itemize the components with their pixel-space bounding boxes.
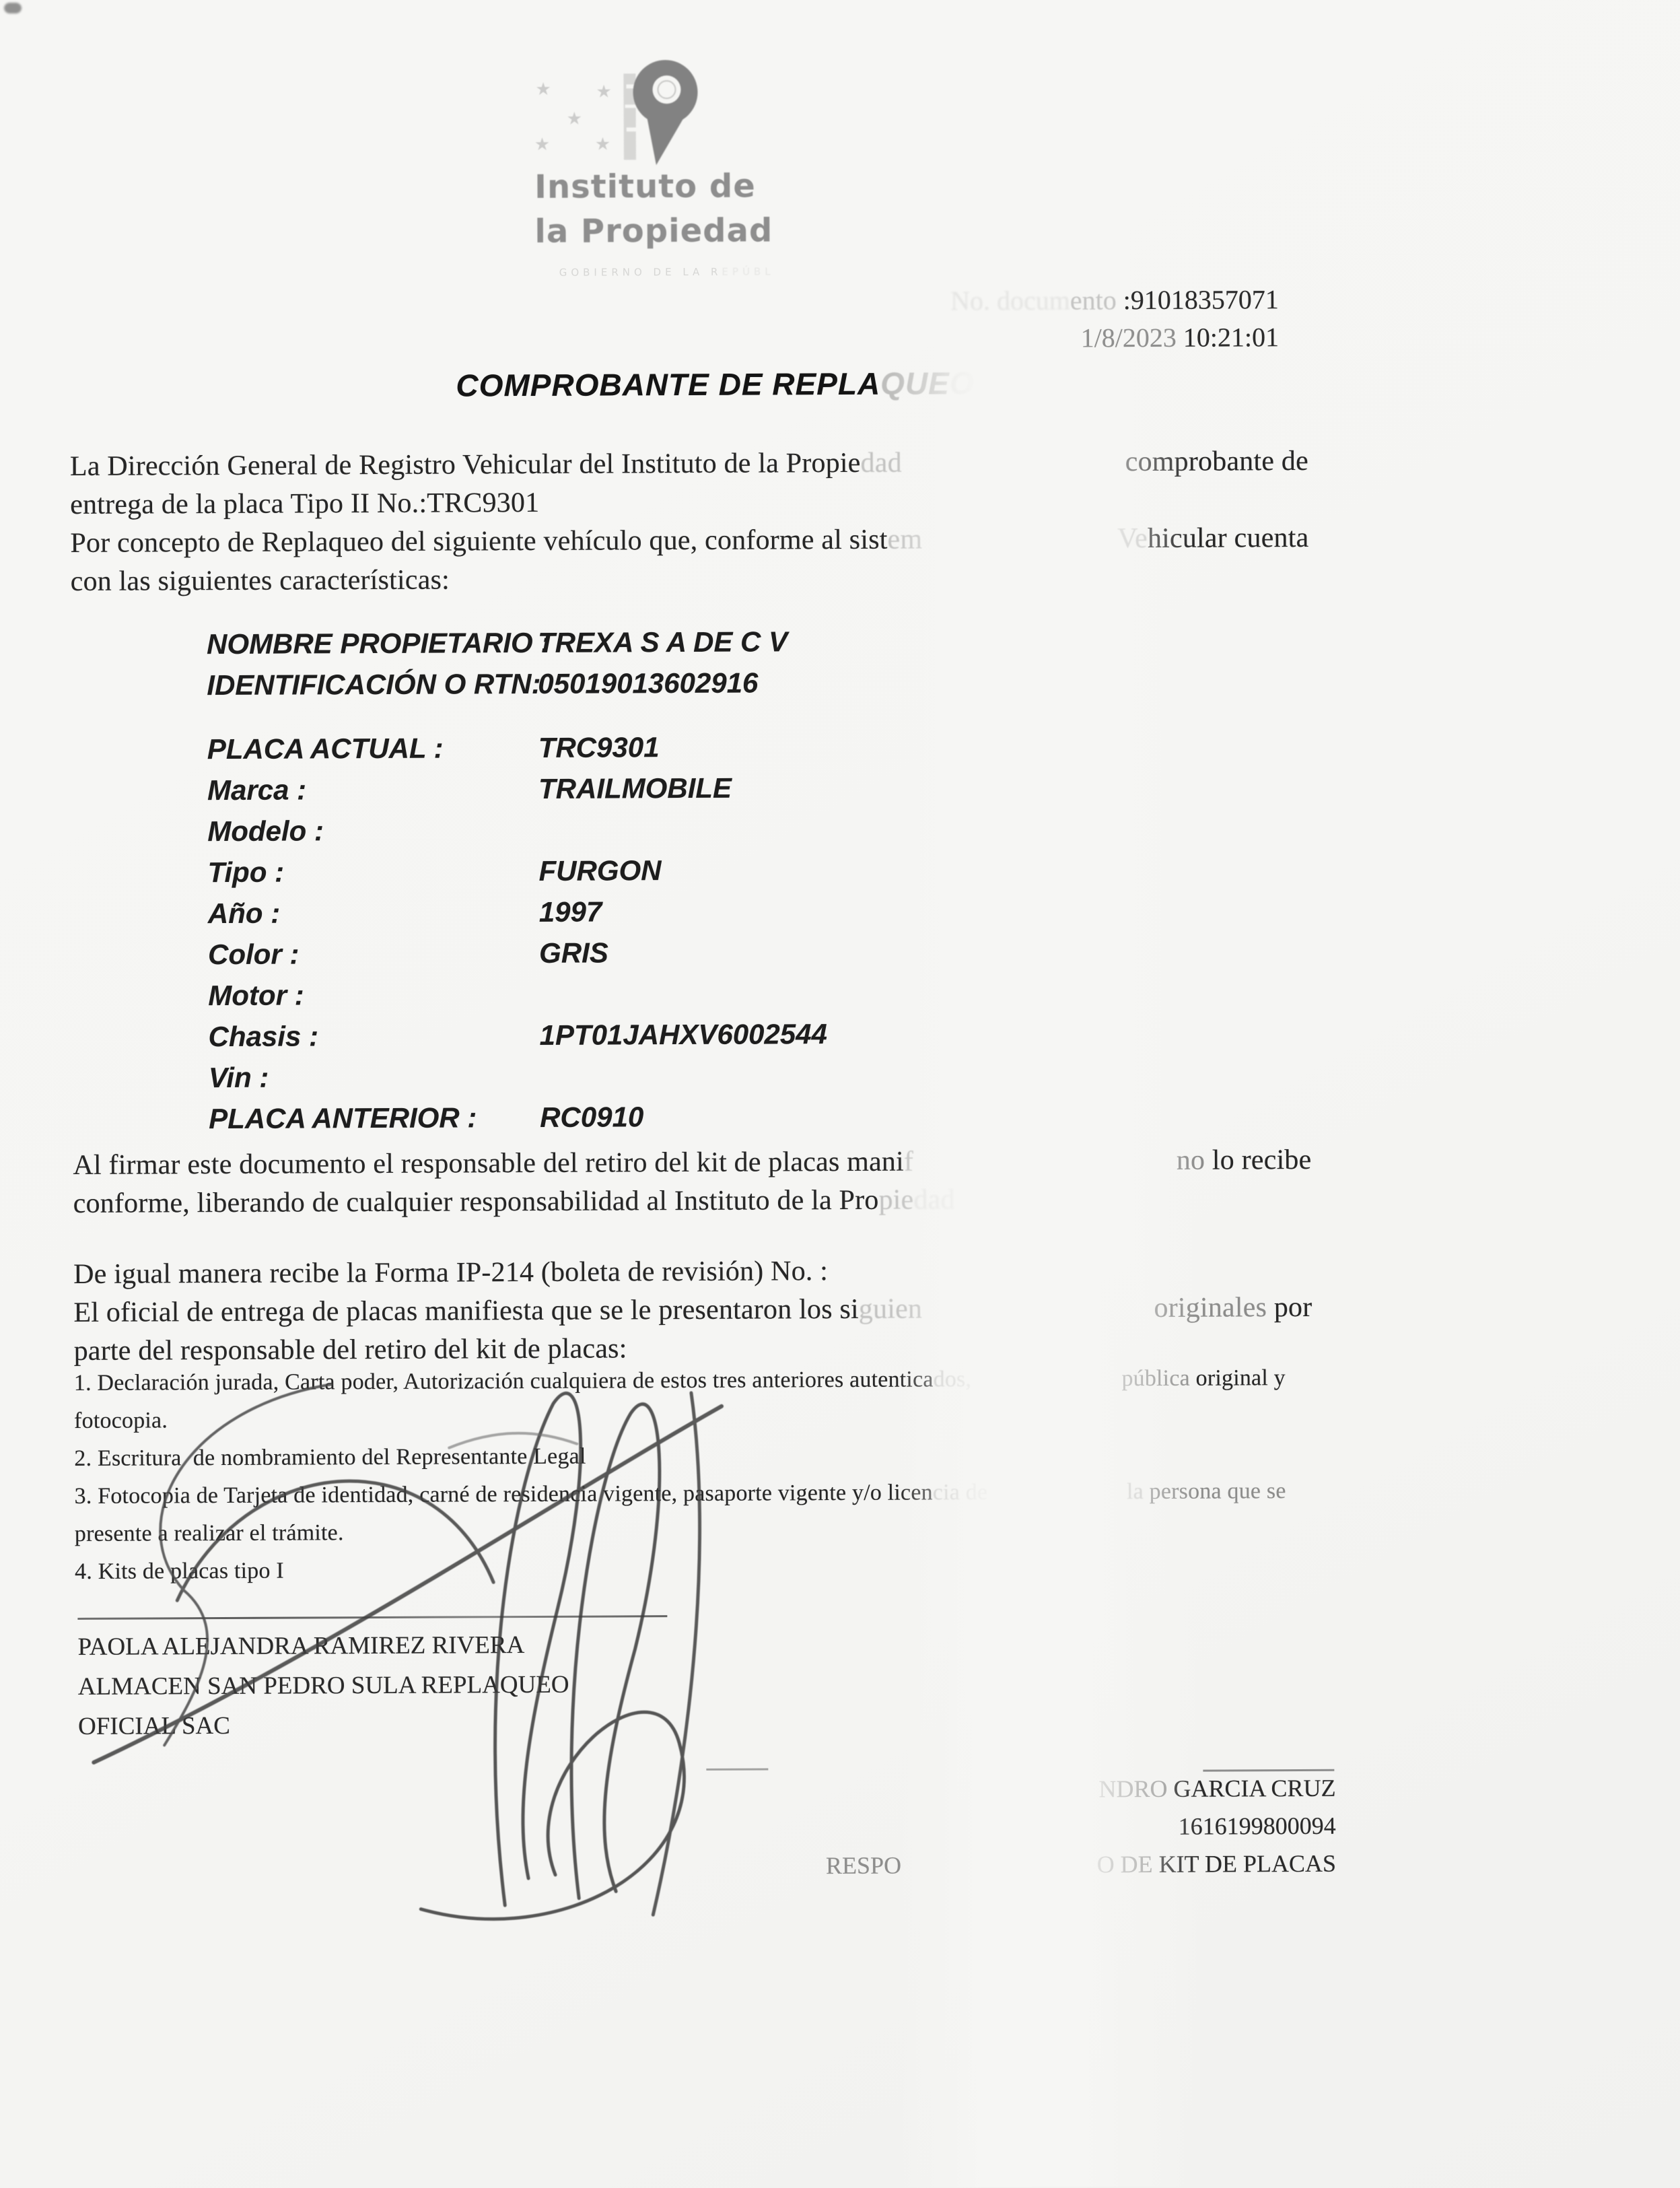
text-run: cia de [933, 1474, 988, 1511]
right-signatory-id: 1616199800094 [777, 1812, 1336, 1852]
field-label: Marca : [207, 772, 538, 806]
text-run: GOBIERNO DE LA R [559, 266, 722, 279]
text-run: f [904, 1143, 913, 1182]
logo-star-icon: ★ [596, 81, 611, 102]
document-datetime: 1/8/2023 10:21:01 [939, 318, 1279, 357]
field-value: TRAILMOBILE [538, 772, 732, 805]
right-signatory-id-number: 1616199800094 [1179, 1812, 1336, 1841]
field-row: PLACA ACTUAL :TRC9301 [207, 726, 827, 770]
text-run: dos, [934, 1361, 972, 1398]
text-run: 10:21:01 [1177, 318, 1279, 357]
text-run: original y [1195, 1359, 1286, 1398]
field-label: PLACA ANTERIOR : [209, 1101, 540, 1134]
map-pin-p-logo-icon [623, 57, 698, 169]
signature-dash-mark [1203, 1769, 1334, 1772]
field-row: NOMBRE PROPIETARIO :TREXA S A DE C V [207, 621, 826, 664]
field-row: Tipo :FURGON [207, 849, 827, 893]
faded-gap [913, 1169, 1177, 1171]
field-label: Modelo : [207, 813, 538, 847]
scanned-document-page: ★ ★ ★ ★ ★ Instituto de la Propiedad GOBI… [0, 0, 1680, 2188]
paragraph-line: conforme, liberando de cualquier respons… [73, 1180, 1312, 1223]
field-label: Chasis : [209, 1019, 540, 1052]
text-run: originales [1154, 1289, 1274, 1328]
paragraph-line: Al firmar este documento el responsable … [73, 1141, 1311, 1185]
field-label: NOMBRE PROPIETARIO : [207, 626, 538, 660]
faded-gap [922, 1317, 1154, 1318]
field-row: PLACA ANTERIOR :RC0910 [209, 1095, 828, 1139]
text-run: ento [1070, 281, 1123, 319]
text-run: la [1127, 1473, 1150, 1511]
paragraph-line: Por concepto de Replaqueo del siguiente … [70, 519, 1308, 563]
field-row: Marca :TRAILMOBILE [207, 767, 827, 811]
text-run: KIT DE PLACAS [1159, 1849, 1337, 1878]
field-row: Año :1997 [208, 890, 827, 934]
text-run: RESPO [826, 1851, 901, 1880]
text-run: De igual manera recibe la Forma IP-214 (… [73, 1252, 828, 1294]
document-number: No. documento :91018357071 [939, 281, 1279, 320]
paragraph-line: De igual manera recibe la Forma IP-214 (… [73, 1250, 1312, 1294]
field-label: Tipo : [207, 854, 538, 888]
field-value: TREXA S A DE C V [538, 625, 788, 659]
paragraph-line: La Dirección General de Registro Vehicul… [70, 442, 1308, 486]
logo-star-icon: ★ [595, 134, 610, 154]
delivery-paragraph: De igual manera recibe la Forma IP-214 (… [73, 1250, 1312, 1371]
field-row: Chasis :1PT01JAHXV6002544 [208, 1013, 827, 1057]
text-run: no [1177, 1142, 1212, 1180]
faded-gap [922, 547, 1117, 548]
text-run: entrega de la placa Tipo II No.:TRC9301 [70, 484, 539, 524]
field-label: Año : [208, 895, 539, 929]
right-signatory-block: NDRO GARCIA CRUZ 1616199800094 RESPOO DE… [777, 1774, 1336, 1890]
text-run: :91018357071 [1123, 281, 1279, 319]
field-value: 05019013602916 [538, 666, 758, 699]
text-run: dad [860, 444, 901, 483]
text-run: dad [913, 1181, 954, 1219]
text-run: 1/8/2023 [1081, 319, 1177, 357]
field-value: FURGON [538, 854, 661, 887]
logo-text-line1: Instituto de [534, 168, 756, 206]
text-run: NDRO [1098, 1775, 1173, 1803]
text-run: La Dirección General de Registro Vehicul… [70, 444, 861, 486]
faded-gap [902, 471, 1125, 471]
field-value: GRIS [539, 936, 608, 969]
faded-gap [901, 1872, 1097, 1873]
faded-gap [971, 1386, 1121, 1386]
text-run: em [887, 520, 922, 559]
field-label: PLACA ACTUAL : [207, 731, 538, 765]
text-run: lo recibe [1212, 1141, 1312, 1180]
document-meta: No. documento :91018357071 1/8/2023 10:2… [939, 281, 1279, 357]
field-label: Motor : [208, 978, 539, 1011]
text-run: por [1274, 1289, 1312, 1327]
text-run: GARCIA CRUZ [1173, 1774, 1335, 1803]
text-run: persona que se [1150, 1472, 1286, 1511]
text-run: COMPROBANTE DE REPLA [456, 366, 880, 404]
intro-paragraph: La Dirección General de Registro Vehicul… [70, 442, 1309, 601]
text-run: O [950, 365, 975, 401]
logo-text-line2: la Propiedad [534, 211, 773, 250]
text-run: El oficial de entrega de placas manifies… [73, 1291, 859, 1332]
text-run: pública [1121, 1360, 1195, 1398]
field-row: Color :GRIS [208, 931, 827, 975]
field-value: 1997 [539, 895, 602, 928]
text-run: con las siguientes características: [71, 561, 450, 601]
text-run: conforme, liberando de cualquier respons… [73, 1182, 879, 1223]
field-row: Motor : [208, 972, 827, 1016]
text-run: Por concepto de Replaqueo del siguiente … [70, 521, 887, 563]
right-signatory-name: NDRO GARCIA CRUZ [777, 1774, 1335, 1814]
logo-star-icon: ★ [567, 109, 582, 129]
field-label: IDENTIFICACIÓN O RTN: [207, 667, 538, 701]
paragraph-line: El oficial de entrega de placas manifies… [73, 1289, 1312, 1332]
text-run: QUE [880, 365, 950, 401]
logo-tagline: GOBIERNO DE LA REPÚBL [559, 265, 775, 278]
vehicle-fields-table: NOMBRE PROPIETARIO :TREXA S A DE C VIDEN… [207, 621, 828, 1139]
field-label: Vin : [209, 1060, 540, 1093]
logo-star-icon: ★ [535, 79, 551, 100]
text-run: No. docum [950, 281, 1070, 320]
text-run: Al firmar este documento el responsable … [73, 1143, 904, 1185]
field-value: TRC9301 [538, 731, 660, 764]
field-value: 1PT01JAHXV6002544 [540, 1018, 828, 1052]
text-run: Ve [1117, 520, 1148, 558]
text-run: comprobante de [1125, 442, 1308, 481]
text-run: hicular cuenta [1148, 519, 1309, 558]
field-value: RC0910 [540, 1101, 643, 1134]
logo-star-icon: ★ [534, 135, 550, 155]
signature-scribble [82, 1366, 744, 1927]
field-label: Color : [208, 936, 539, 970]
paragraph-line: con las siguientes características: [71, 557, 1309, 601]
text-run: pie [878, 1182, 913, 1220]
field-row: Modelo : [207, 808, 827, 852]
field-row: Vin : [209, 1054, 828, 1098]
paragraph-line: entrega de la placa Tipo II No.:TRC9301 [70, 481, 1308, 524]
field-row: IDENTIFICACIÓN O RTN:05019013602916 [207, 662, 826, 706]
text-run: guien [859, 1290, 923, 1328]
page-title: COMPROBANTE DE REPLAQUEO [456, 365, 975, 403]
right-signatory-role: RESPOO DE KIT DE PLACAS [777, 1849, 1336, 1890]
text-run: O DE [1097, 1850, 1159, 1878]
faded-gap [987, 1499, 1127, 1499]
text-run: EPÚBL [722, 265, 774, 277]
institute-logo: ★ ★ ★ ★ ★ Instituto de la Propiedad GOBI… [0, 0, 1675, 3]
signing-paragraph: Al firmar este documento el responsable … [73, 1141, 1311, 1223]
